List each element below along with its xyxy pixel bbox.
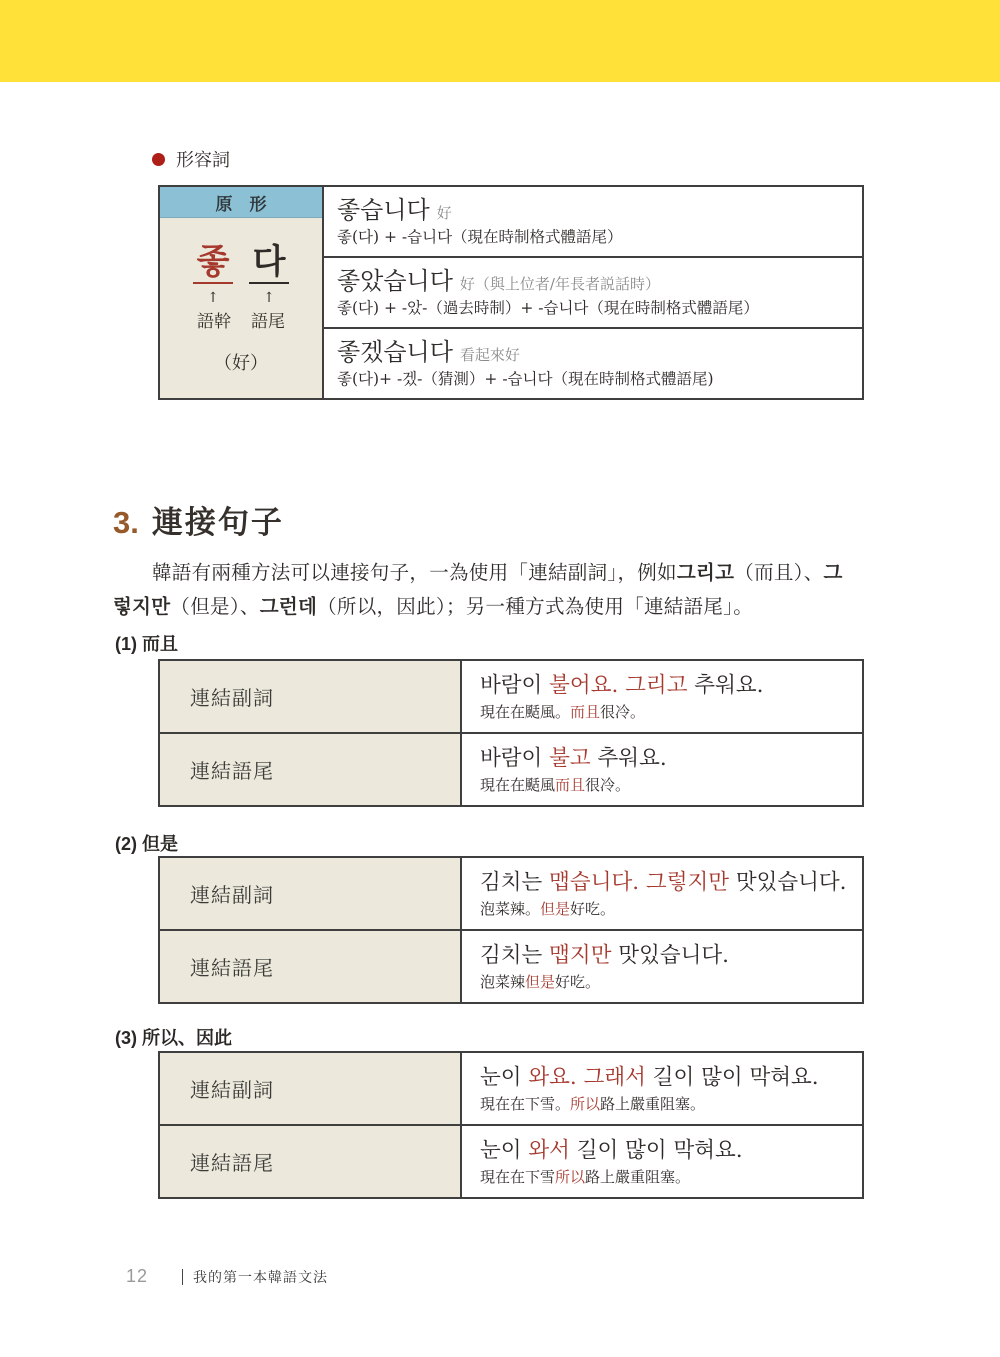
section-number: 3. xyxy=(113,505,139,541)
stem-char: 좋 xyxy=(193,244,233,284)
ending-label: 語尾 xyxy=(245,307,291,332)
page-footer: 12 我的第一本韓語文法 xyxy=(126,1266,328,1287)
row-content: 김치는 맵습니다. 그렇지만 맛있습니다. 泡菜辣。但是好吃。 xyxy=(462,858,862,929)
chinese-translation: 現在在下雪。所以路上嚴重阻塞。 xyxy=(480,1093,862,1115)
conjugation-row: 좋겠습니다看起來好 좋(다)+ -겠-（猜測）+ -습니다（現在時制格式體語尾) xyxy=(324,329,862,398)
bullet-icon xyxy=(152,153,165,166)
chinese-translation: 泡菜辣。但是好吃。 xyxy=(480,898,862,920)
page-number: 12 xyxy=(126,1266,148,1287)
chinese-translation: 現在在下雪所以路上嚴重阻塞。 xyxy=(480,1166,862,1188)
subsection-label-1: (1) 而且 xyxy=(115,630,178,656)
conjugation-rows: 좋습니다好 좋(다) + -습니다（現在時制格式體語尾） 좋았습니다好（與上位者… xyxy=(324,187,862,398)
footer-divider xyxy=(182,1269,183,1285)
book-title: 我的第一本韓語文法 xyxy=(193,1267,328,1287)
table-row: 連結副詞 바람이 불어요. 그리고 추워요. 現在在颳風。而且很冷。 xyxy=(160,661,862,734)
adjective-heading: 形容詞 xyxy=(152,146,230,172)
conjugation-line: 좋았습니다好（與上位者/年長者説話時） xyxy=(337,265,849,297)
intro-line-2: 렇지만（但是）、그런데（所以，因此）；另一種方式為使用「連結語尾」。 xyxy=(113,590,883,624)
row-content: 바람이 불고 추워요. 現在在颳風而且很冷。 xyxy=(462,734,862,805)
original-form-header: 原 形 xyxy=(160,187,322,218)
example-table-3: 連結副詞 눈이 와요. 그래서 길이 많이 막혀요. 現在在下雪。所以路上嚴重阻… xyxy=(158,1051,864,1199)
row-content: 눈이 와서 길이 많이 막혀요. 現在在下雪所以路上嚴重阻塞。 xyxy=(462,1126,862,1197)
ending-char: 다 xyxy=(249,244,289,284)
chinese-translation: 現在在颳風。而且很冷。 xyxy=(480,701,862,723)
example-table-1: 連結副詞 바람이 불어요. 그리고 추워요. 現在在颳風。而且很冷。 連結語尾 … xyxy=(158,659,864,807)
form-gloss: 好 xyxy=(437,204,452,222)
chinese-translation: 現在在颳風而且很冷。 xyxy=(480,774,862,796)
conjugation-formula: 좋(다) + -습니다（現在時制格式體語尾） xyxy=(337,227,849,248)
original-form-body: 좋 다 ↑ ↑ 語幹 語尾 （好） xyxy=(160,218,322,398)
intro-paragraph: 韓語有兩種方法可以連接句子，一為使用「連結副詞」，例如그리고（而且）、그 렇지만… xyxy=(113,556,883,624)
conjugation-formula: 좋(다)+ -겠-（猜測）+ -습니다（現在時制格式體語尾) xyxy=(337,369,849,390)
table-row: 連結語尾 바람이 불고 추워요. 現在在颳風而且很冷。 xyxy=(160,734,862,805)
intro-line-1: 韓語有兩種方法可以連接句子，一為使用「連結副詞」，例如그리고（而且）、그 xyxy=(113,556,883,590)
row-content: 김치는 맵지만 맛있습니다. 泡菜辣但是好吃。 xyxy=(462,931,862,1002)
korean-sentence: 김치는 맵습니다. 그렇지만 맛있습니다. xyxy=(480,867,862,898)
row-type-label: 連結副詞 xyxy=(160,858,462,929)
table-row: 連結語尾 김치는 맵지만 맛있습니다. 泡菜辣但是好吃。 xyxy=(160,931,862,1002)
chinese-translation: 泡菜辣但是好吃。 xyxy=(480,971,862,993)
row-type-label: 連結語尾 xyxy=(160,734,462,805)
form-gloss: 好（與上位者/年長者説話時） xyxy=(460,275,660,293)
korean-sentence: 눈이 와요. 그래서 길이 많이 막혀요. xyxy=(480,1062,862,1093)
korean-form: 좋습니다 xyxy=(337,196,430,224)
original-form-cell: 原 形 좋 다 ↑ ↑ 語幹 語尾 （好） xyxy=(160,187,324,398)
row-content: 눈이 와요. 그래서 길이 많이 막혀요. 現在在下雪。所以路上嚴重阻塞。 xyxy=(462,1053,862,1124)
table-row: 連結副詞 눈이 와요. 그래서 길이 많이 막혀요. 現在在下雪。所以路上嚴重阻… xyxy=(160,1053,862,1126)
row-type-label: 連結副詞 xyxy=(160,1053,462,1124)
word-gloss: （好） xyxy=(214,349,268,375)
conjugation-formula: 좋(다) + -았-（過去時制）+ -습니다（現在時制格式體語尾） xyxy=(337,298,849,319)
adjective-label: 形容詞 xyxy=(176,146,230,172)
korean-sentence: 김치는 맵지만 맛있습니다. xyxy=(480,940,862,971)
conjugation-table: 原 形 좋 다 ↑ ↑ 語幹 語尾 （好） 좋습니다好 좋(다) + -습니다（… xyxy=(158,185,864,400)
up-arrow-icon: ↑ xyxy=(193,290,233,306)
word-breakdown: 좋 다 xyxy=(193,244,289,284)
table-row: 連結副詞 김치는 맵습니다. 그렇지만 맛있습니다. 泡菜辣。但是好吃。 xyxy=(160,858,862,931)
conjugation-line: 좋습니다好 xyxy=(337,194,849,226)
subsection-label-3: (3) 所以、因此 xyxy=(115,1024,232,1050)
row-content: 바람이 불어요. 그리고 추워요. 現在在颳風。而且很冷。 xyxy=(462,661,862,732)
row-type-label: 連結語尾 xyxy=(160,1126,462,1197)
row-type-label: 連結副詞 xyxy=(160,661,462,732)
section-heading: 3. 連接句子 xyxy=(113,497,284,542)
korean-sentence: 바람이 불어요. 그리고 추워요. xyxy=(480,670,862,701)
stem-label: 語幹 xyxy=(191,307,237,332)
korean-sentence: 눈이 와서 길이 많이 막혀요. xyxy=(480,1135,862,1166)
conjugation-line: 좋겠습니다看起來好 xyxy=(337,336,849,368)
up-arrow-icon: ↑ xyxy=(249,290,289,306)
conjugation-row: 좋았습니다好（與上位者/年長者説話時） 좋(다) + -았-（過去時制）+ -습… xyxy=(324,258,862,329)
subsection-label-2: (2) 但是 xyxy=(115,830,178,856)
korean-sentence: 바람이 불고 추워요. xyxy=(480,743,862,774)
korean-form: 좋았습니다 xyxy=(337,267,453,295)
row-type-label: 連結語尾 xyxy=(160,931,462,1002)
arrow-row: ↑ ↑ xyxy=(193,290,289,306)
form-gloss: 看起來好 xyxy=(460,346,520,364)
example-table-2: 連結副詞 김치는 맵습니다. 그렇지만 맛있습니다. 泡菜辣。但是好吃。 連結語… xyxy=(158,856,864,1004)
top-banner xyxy=(0,0,1000,82)
conjugation-row: 좋습니다好 좋(다) + -습니다（現在時制格式體語尾） xyxy=(324,187,862,258)
korean-form: 좋겠습니다 xyxy=(337,338,453,366)
table-row: 連結語尾 눈이 와서 길이 많이 막혀요. 現在在下雪所以路上嚴重阻塞。 xyxy=(160,1126,862,1197)
section-title: 連接句子 xyxy=(152,497,284,542)
morpheme-labels: 語幹 語尾 xyxy=(191,307,291,332)
